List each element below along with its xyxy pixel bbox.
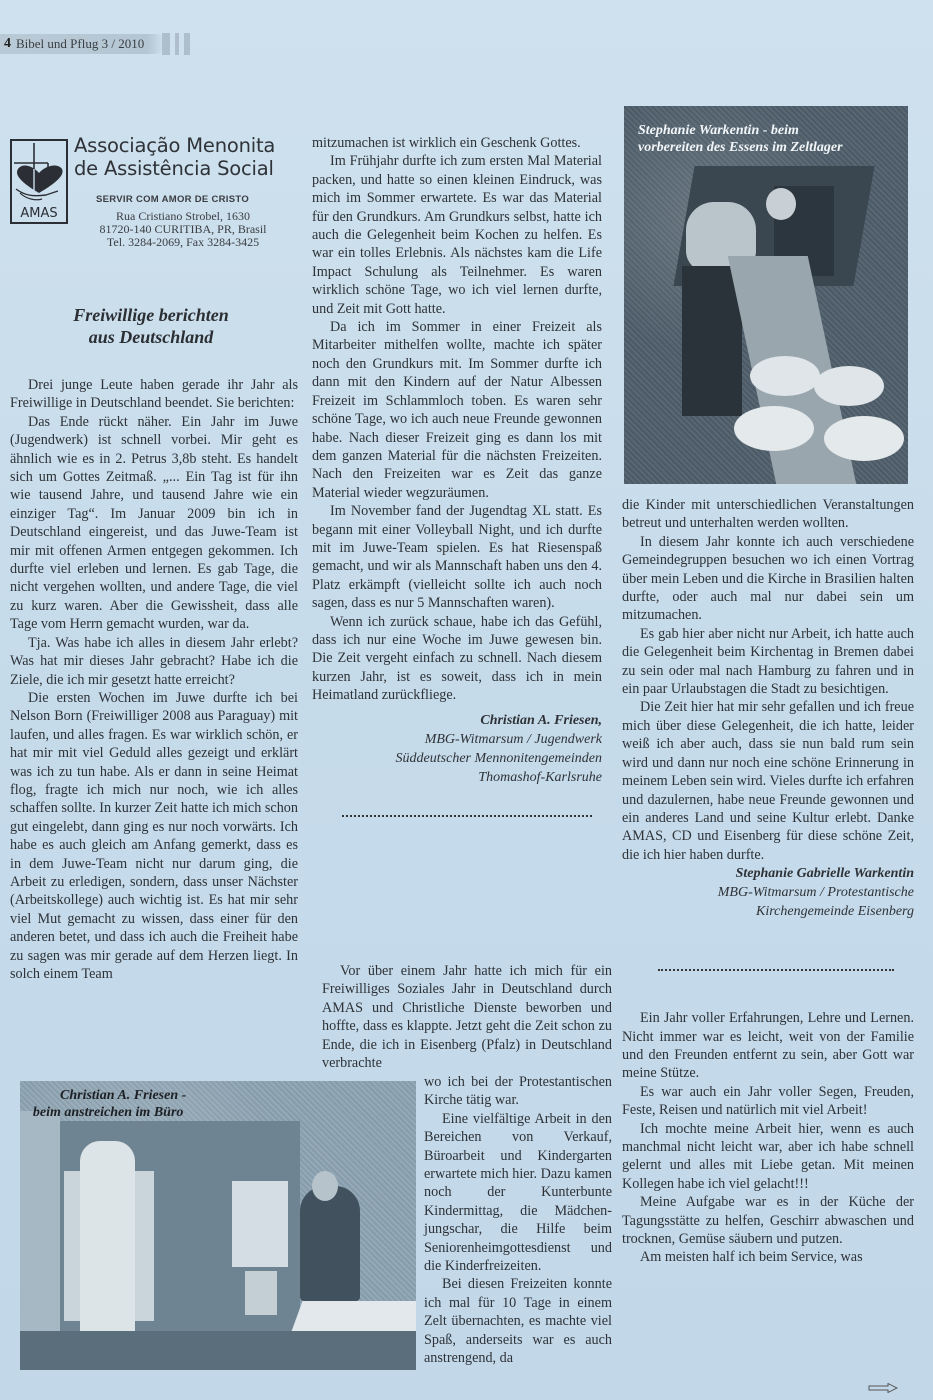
paragraph: Eine vielfältige Arbeit in den Bereichen… xyxy=(424,1110,612,1276)
photo-christian-buero: Christian A. Friesen - beim anstreichen … xyxy=(20,1081,416,1370)
caption-line: Christian A. Friesen - xyxy=(30,1087,186,1104)
signature-line: MBG-Witmarsum / Jugendwerk xyxy=(312,730,602,749)
publication-title: Bibel und Pflug 3 / 2010 xyxy=(16,36,144,52)
caption-line: beim anstreichen im Büro xyxy=(30,1104,186,1121)
caption-line: Stephanie Warkentin - beim xyxy=(638,122,843,139)
paragraph: Es gab hier aber nicht nur Arbeit, ich h… xyxy=(622,625,914,699)
story-2-intro: Vor über einem Jahr hatte ich mich für e… xyxy=(322,962,612,1072)
text-column-2: mitzumachen ist wirklich ein Geschenk Go… xyxy=(312,134,602,817)
signature-line: Süddeutscher Mennonitengemeinden xyxy=(312,749,602,768)
headline-line1: Freiwillige berichten xyxy=(20,304,282,326)
signature-line: MBG-Witmarsum / Protestantische xyxy=(622,883,914,902)
headline-line2: aus Deutschland xyxy=(20,326,282,348)
paragraph: Vor über einem Jahr hatte ich mich für e… xyxy=(322,962,612,1072)
paragraph: Die ersten Wochen im Juwe durfte ich bei… xyxy=(10,689,298,984)
paragraph: Ich mochte meine Arbeit hier, wenn es au… xyxy=(622,1120,914,1194)
paragraph: Ein Jahr voller Erfahrungen, Lehre und L… xyxy=(622,1009,914,1083)
photo-stephanie-zeltlager: Stephanie Warkentin - beim vorbereiten d… xyxy=(624,106,908,484)
paragraph: Tja. Was habe ich alles in diesem Jahr e… xyxy=(10,634,298,689)
org-name-line2: de Assistência Social xyxy=(74,157,275,180)
paragraph: Im November fand der Jugendtag XL statt.… xyxy=(312,502,602,612)
text-column-1: Drei junge Leute haben gerade ihr Jahr a… xyxy=(10,376,298,983)
address-line: Tel. 3284-2069, Fax 3284-3425 xyxy=(74,236,292,249)
header-decoration xyxy=(162,33,190,55)
paragraph: Meine Aufgabe war es in der Küche der Ta… xyxy=(622,1193,914,1248)
organization-name: Associação Menonita de Assistência Socia… xyxy=(74,134,275,180)
arrow-right-icon xyxy=(868,1380,898,1390)
paragraph: Die Zeit hier hat mir sehr gefallen und … xyxy=(622,698,914,864)
signature-name: Stephanie Gabrielle Warkentin xyxy=(622,864,914,883)
signature-name: Christian A. Friesen, xyxy=(312,711,602,730)
paragraph: Da ich im Sommer in einer Freizeit als M… xyxy=(312,318,602,502)
page-number: 4 xyxy=(4,36,11,52)
paragraph: Das Ende rückt näher. Ein Jahr im Juwe (… xyxy=(10,413,298,634)
paragraph: Drei junge Leute haben gerade ihr Jahr a… xyxy=(10,376,298,413)
signature-line: Thomashof-Karlsruhe xyxy=(312,768,602,787)
org-name-line1: Associação Menonita xyxy=(74,134,275,157)
organization-motto: SERVIR COM AMOR DE CRISTO xyxy=(96,194,249,205)
photo-caption: Christian A. Friesen - beim anstreichen … xyxy=(30,1087,186,1121)
text-column-3: die Kinder mit unterschiedlichen Veranst… xyxy=(622,496,914,1267)
article-headline: Freiwillige berichten aus Deutschland xyxy=(20,304,282,348)
paragraph: Im Frühjahr durfte ich zum ersten Mal Ma… xyxy=(312,152,602,318)
paragraph: In diesem Jahr konnte ich auch verschied… xyxy=(622,533,914,625)
page-header: 4 Bibel und Pflug 3 / 2010 xyxy=(0,34,164,54)
paragraph: die Kinder mit unterschiedlichen Veranst… xyxy=(622,496,914,533)
paragraph: Wenn ich zurück schaue, habe ich das Gef… xyxy=(312,613,602,705)
paragraph: Bei diesen Freizeiten konnte ich mal für… xyxy=(424,1275,612,1367)
story-2-continued: wo ich bei der Protestantischen Kirche t… xyxy=(424,1073,612,1368)
signature-christian: Christian A. Friesen, MBG-Witmarsum / Ju… xyxy=(312,711,602,787)
section-divider xyxy=(342,815,592,817)
paragraph: Es war auch ein Jahr voller Segen, Freud… xyxy=(622,1083,914,1120)
paragraph: Am meisten half ich beim Service, was xyxy=(622,1248,914,1266)
caption-line: vorbereiten des Essens im Zeltlager xyxy=(638,139,843,156)
amas-logo-icon: AMAS xyxy=(10,139,68,224)
signature-line: Kirchengemeinde Eisenberg xyxy=(622,902,914,921)
paragraph: mitzumachen ist wirklich ein Geschenk Go… xyxy=(312,134,602,152)
photo-caption: Stephanie Warkentin - beim vorbereiten d… xyxy=(638,122,843,156)
svg-text:AMAS: AMAS xyxy=(20,206,57,221)
signature-stephanie: Stephanie Gabrielle Warkentin MBG-Witmar… xyxy=(622,864,914,921)
paragraph: wo ich bei der Protestantischen Kirche t… xyxy=(424,1073,612,1110)
organization-address: Rua Cristiano Strobel, 1630 81720-140 CU… xyxy=(74,210,292,249)
